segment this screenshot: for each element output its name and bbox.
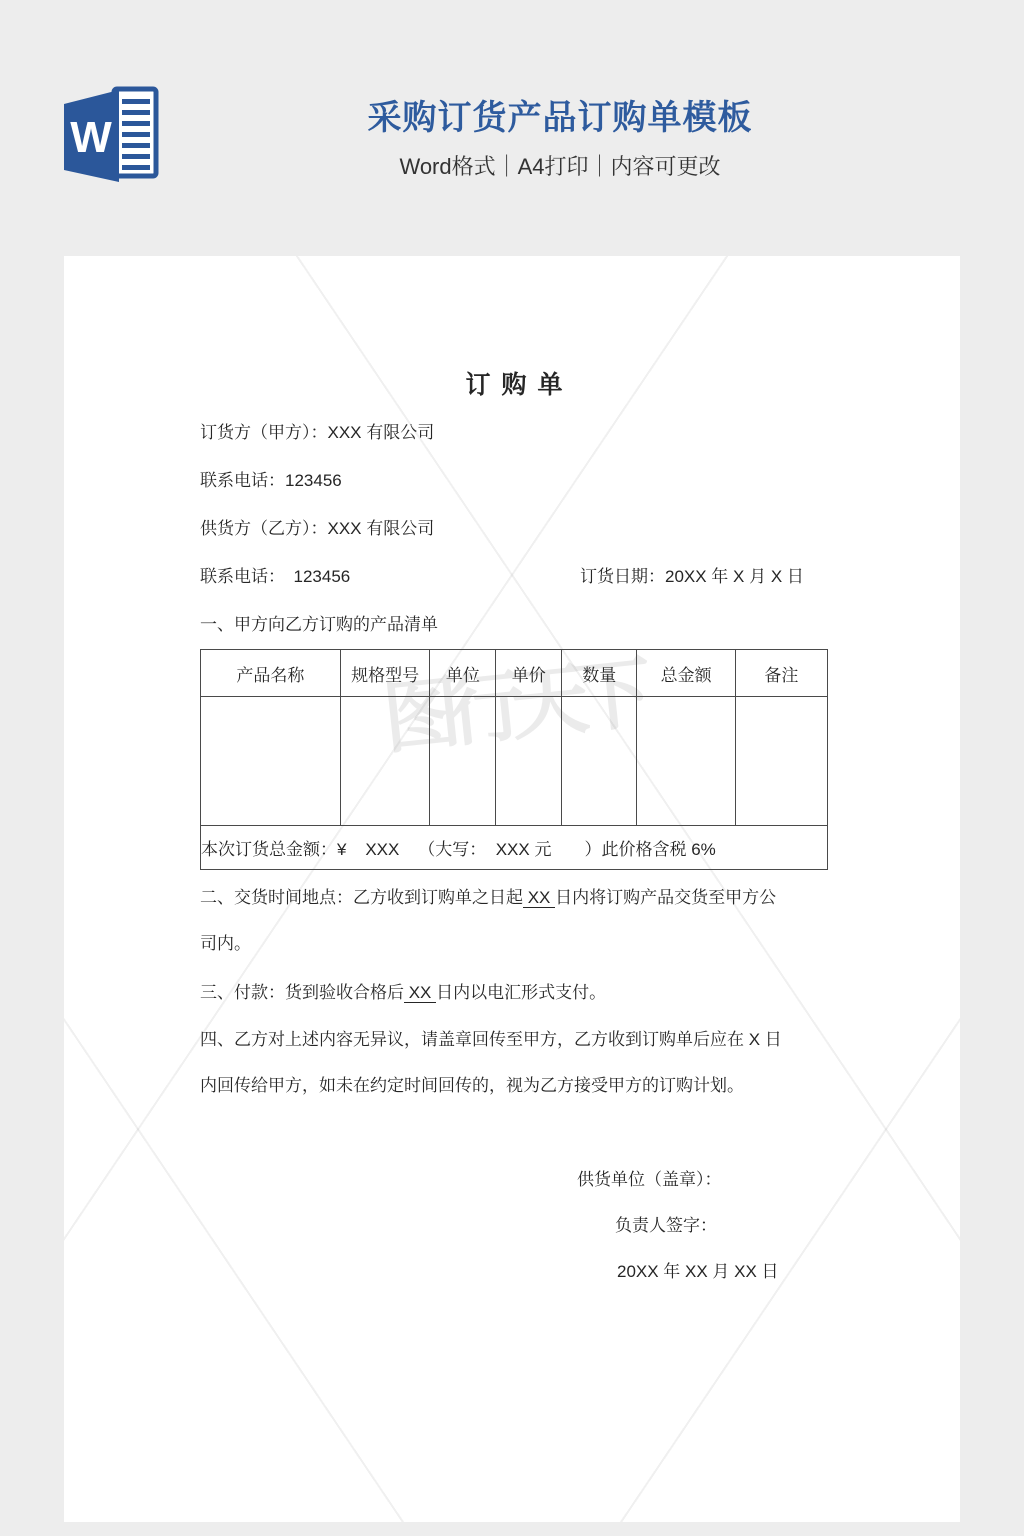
word-icon: W	[62, 78, 162, 186]
section4-line2: 内回传给甲方，如未在约定时间回传的，视为乙方接受甲方的订购计划。	[200, 1063, 830, 1109]
section2-blank-underline: XX	[523, 888, 555, 908]
table-empty-cell	[496, 697, 562, 826]
section3-text-pre: 三、付款：货到验收合格后	[200, 983, 404, 1002]
col-header-unit: 单位	[430, 650, 496, 697]
table-empty-cell	[201, 697, 341, 826]
word-icon-graphic: W	[62, 78, 162, 186]
col-header-spec-model: 规格型号	[340, 650, 430, 697]
col-header-quantity: 数量	[562, 650, 637, 697]
signature-block: 供货单位（盖章）： 负责人签字： 20XX 年 XX 月 XX 日	[200, 1157, 830, 1295]
section3-paragraph: 三、付款：货到验收合格后 XX 日内以电汇形式支付。	[200, 970, 830, 1016]
section2-line2: 司内。	[200, 921, 830, 967]
product-list-table: 产品名称 规格型号 单位 单价 数量 总金额 备注	[200, 649, 828, 870]
total-amount-cell: 本次订货总金额：¥ XXX （大写： XXX 元 ）此价格含税 6%	[201, 826, 828, 870]
header-text-block: 采购订货产品订购单模板 Word格式｜A4打印｜内容可更改	[160, 0, 960, 182]
signature-date-line: 20XX 年 XX 月 XX 日	[617, 1249, 830, 1295]
supplier-line: 供货方（乙方）：XXX 有限公司	[200, 505, 830, 553]
table-empty-cell	[637, 697, 735, 826]
table-total-row: 本次订货总金额：¥ XXX （大写： XXX 元 ）此价格含税 6%	[201, 826, 828, 870]
section3-blank-underline: XX	[404, 983, 436, 1003]
col-header-remarks: 备注	[735, 650, 827, 697]
section2-line1: 二、交货时间地点：乙方收到订购单之日起 XX 日内将订购产品交货至甲方公	[200, 875, 830, 921]
table-empty-cell	[562, 697, 637, 826]
section3-text-post: 日内以电汇形式支付。	[436, 983, 606, 1002]
word-icon-letter: W	[70, 113, 112, 162]
col-header-total-amount: 总金额	[637, 650, 735, 697]
table-header-row: 产品名称 规格型号 单位 单价 数量 总金额 备注	[201, 650, 828, 697]
table-empty-cell	[340, 697, 430, 826]
supplier-phone-label: 联系电话： 123456	[200, 567, 350, 586]
orderer-line: 订货方（甲方）：XXX 有限公司	[200, 409, 830, 457]
section2-text-post: 日内将订购产品交货至甲方公	[555, 888, 776, 907]
document-content: 订 购 单 订货方（甲方）：XXX 有限公司 联系电话：123456 供货方（乙…	[200, 256, 830, 1295]
section4-line1: 四、乙方对上述内容无异议，请盖章回传至甲方，乙方收到订购单后应在 X 日	[200, 1017, 830, 1063]
table-empty-row	[201, 697, 828, 826]
section2-text-pre: 二、交货时间地点：乙方收到订购单之日起	[200, 888, 523, 907]
orderer-phone-line: 联系电话：123456	[200, 457, 830, 505]
table-empty-cell	[430, 697, 496, 826]
supplier-seal-line: 供货单位（盖章）：	[577, 1157, 830, 1203]
section4-paragraph: 四、乙方对上述内容无异议，请盖章回传至甲方，乙方收到订购单后应在 X 日 内回传…	[200, 1017, 830, 1109]
section2-paragraph: 二、交货时间地点：乙方收到订购单之日起 XX 日内将订购产品交货至甲方公 司内。	[200, 875, 830, 967]
section1-heading: 一、甲方向乙方订购的产品清单	[200, 601, 830, 649]
responsible-signature-line: 负责人签字：	[615, 1203, 830, 1249]
document-title: 订 购 单	[200, 368, 830, 402]
supplier-phone-line: 联系电话： 123456 订货日期：20XX 年 X 月 X 日	[200, 553, 830, 601]
section3-line: 三、付款：货到验收合格后 XX 日内以电汇形式支付。	[200, 970, 830, 1016]
page-subtitle: Word格式｜A4打印｜内容可更改	[160, 152, 960, 182]
col-header-product-name: 产品名称	[201, 650, 341, 697]
document-preview-card: 图行天下 订 购 单 订货方（甲方）：XXX 有限公司 联系电话：123456 …	[64, 256, 960, 1522]
order-date-label: 订货日期：20XX 年 X 月 X 日	[580, 553, 804, 601]
table-empty-cell	[735, 697, 827, 826]
template-page-header: W 采购订货产品订购单模板 Word格式｜A4打印｜内容可更改	[0, 0, 1024, 256]
page-title: 采购订货产品订购单模板	[160, 0, 960, 140]
order-info-block: 订货方（甲方）：XXX 有限公司 联系电话：123456 供货方（乙方）：XXX…	[200, 409, 830, 649]
col-header-unit-price: 单价	[496, 650, 562, 697]
